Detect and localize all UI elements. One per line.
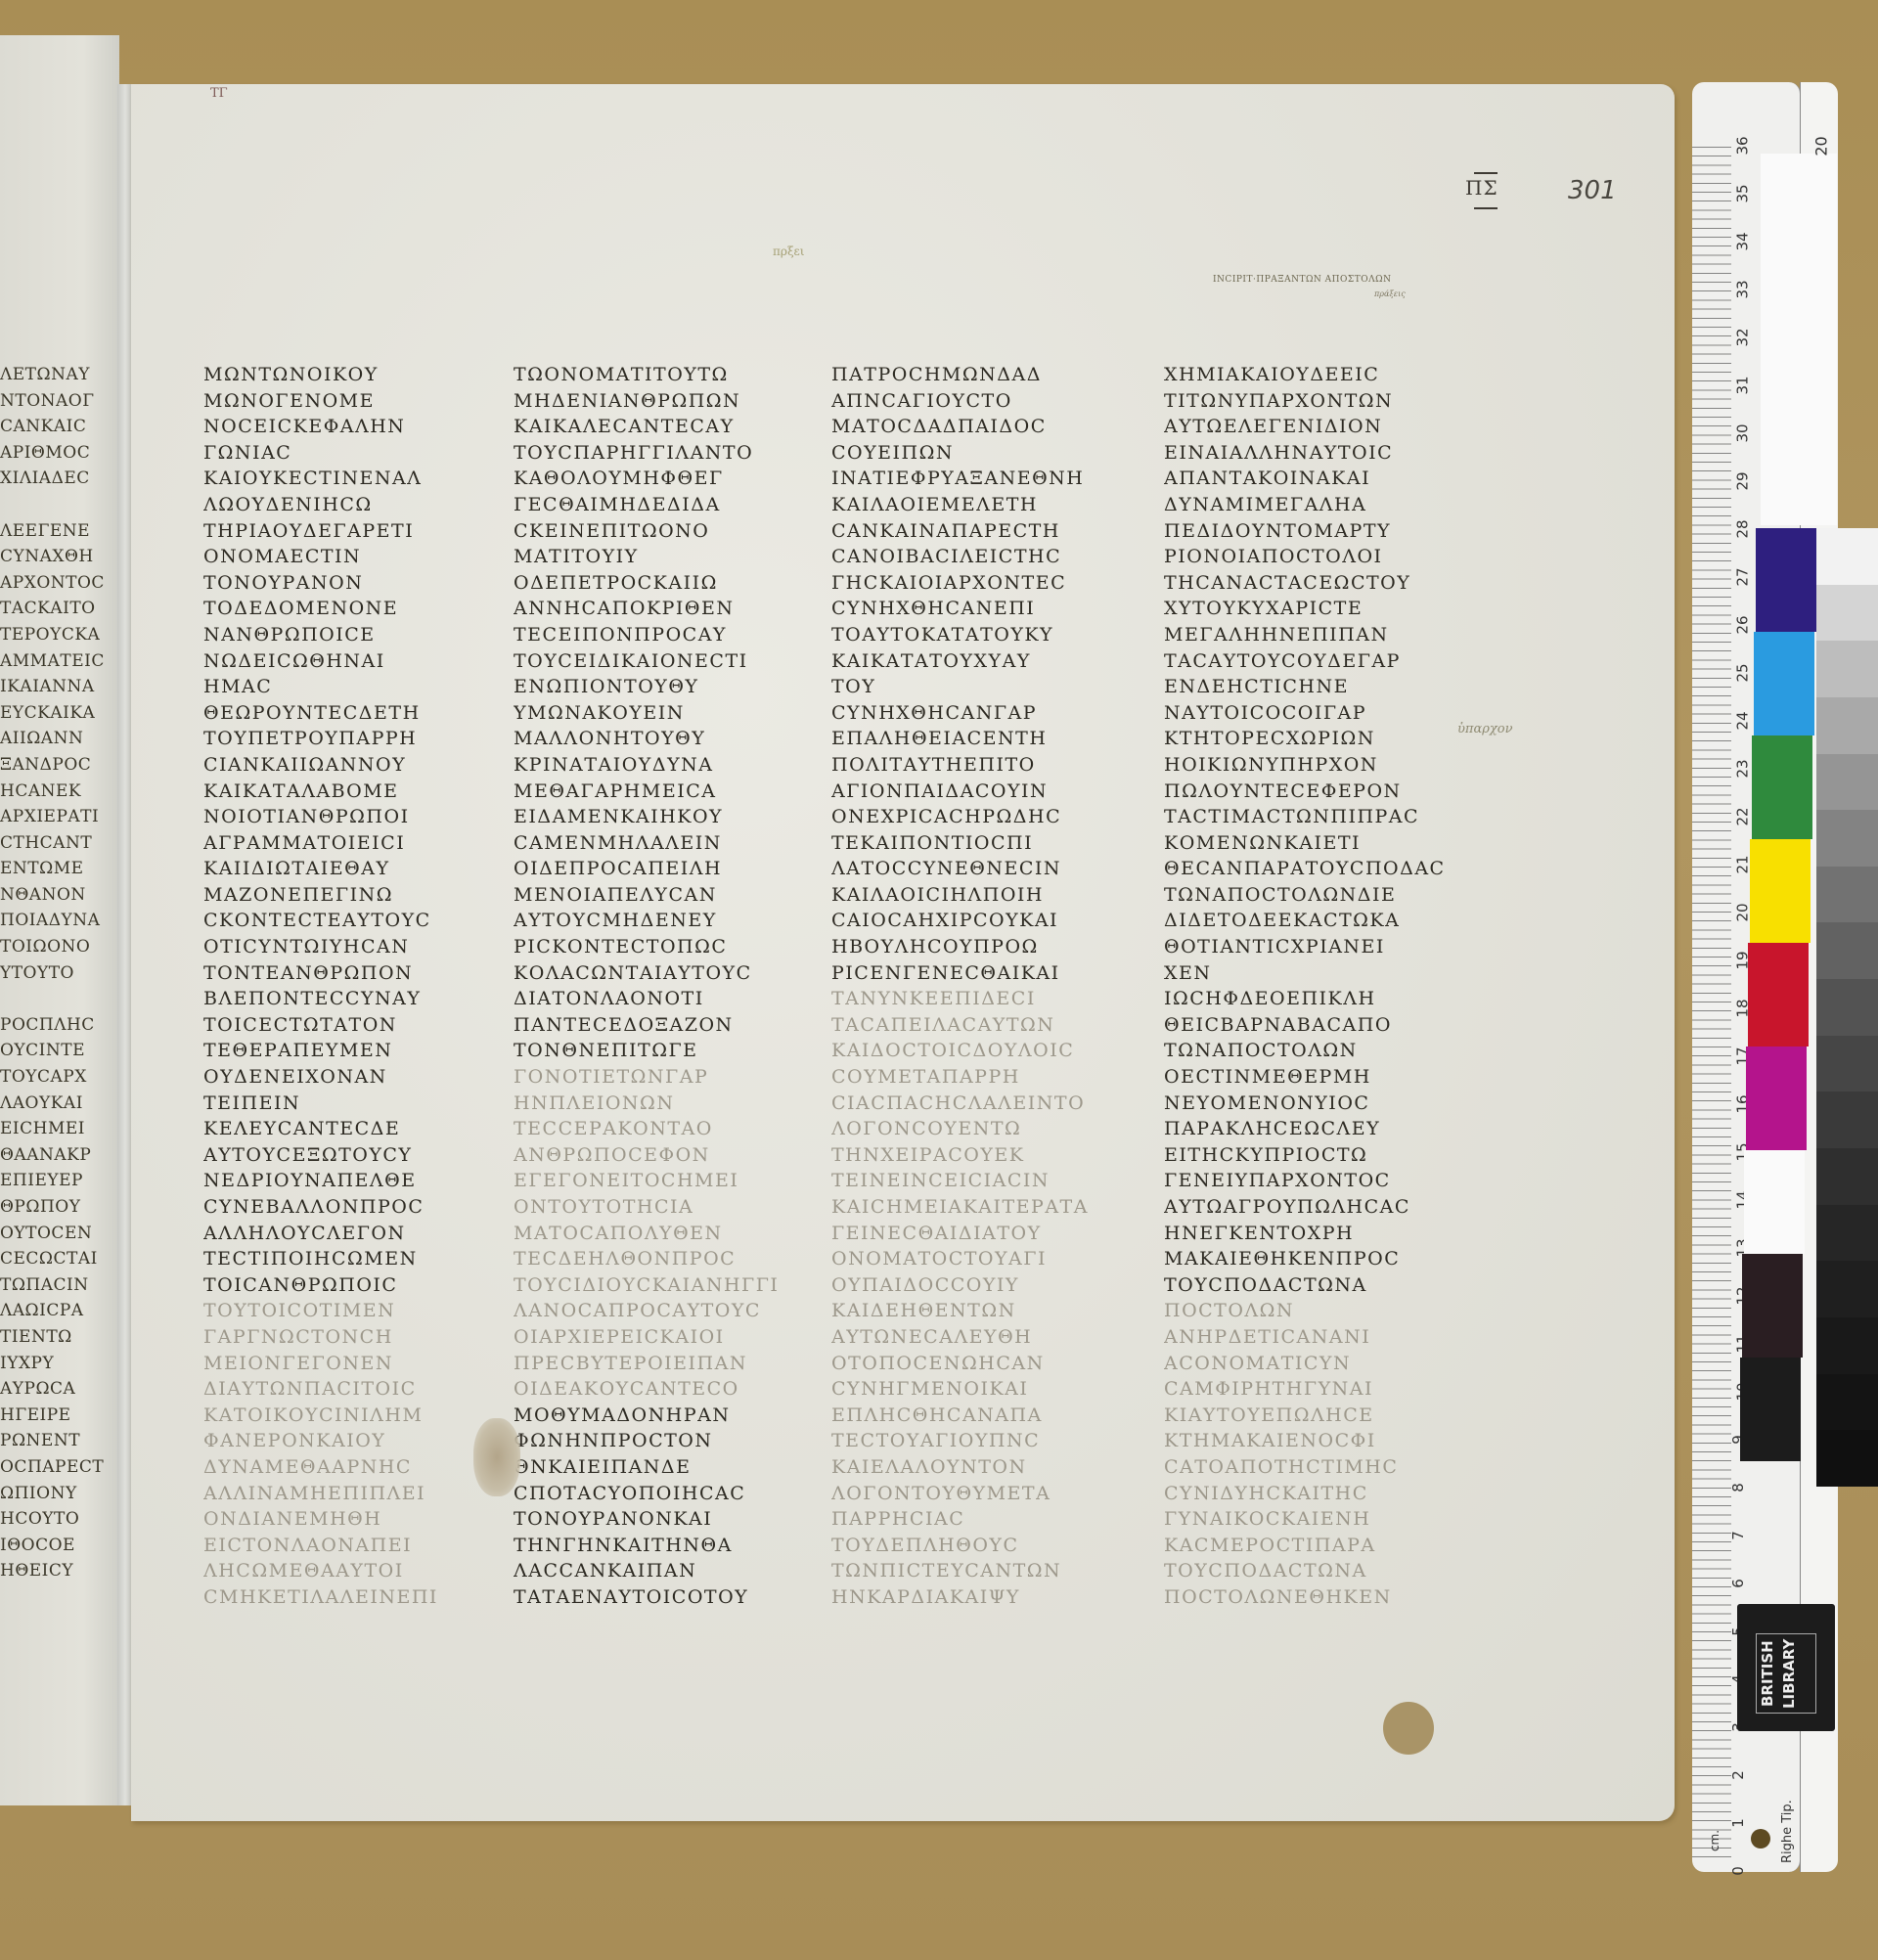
text-line: ΤΟΑΥΤΟΚΑΤΑΤΟΥΚΥ [831,622,1115,648]
text-line: ΚΙΑΥΤΟΥΕΠΩΛΗϹΕ [1164,1403,1448,1429]
text-line: ΠΑΡΑΚΛΗϹΕΩϹΛΕΥ [1164,1116,1448,1142]
text-line: ΤΟΥΠΕΤΡΟΥΠΑΡΡΗ [203,726,487,752]
text-line: ϹΕϹΩϹΤΑΙ [0,1246,108,1272]
text-line: ΗΜΑϹ [203,674,487,700]
text-line: ΑΡΧΙΕΡΑΤΙ [0,804,108,830]
signature-bar-bottom [1474,207,1498,209]
text-line: ΟΝΟΜΑΤΟϹΤΟΥΑΓΙ [831,1246,1115,1272]
text-line: ΝΑΝΘΡΩΠΟΙϹΕ [203,622,487,648]
secondary-scale-top: 20 [1812,136,1831,156]
ruler-unit-label: cm. [1708,1830,1721,1851]
text-line: ΤΟΥϹΠΟΔΑϹΤΩΝΑ [1164,1558,1448,1584]
text-line: ΗΘΕΙϹΥ [0,1558,108,1584]
text-line: ΚΡΙΝΑΤΑΙΟΥΔΥΝΑ [514,752,797,779]
text-line: ϹΠΟΤΑϹΥΟΠΟΙΗϹΑϹ [514,1481,797,1507]
text-line: ΘΝΚΑΙΕΙΠΑΝΔΕ [514,1454,797,1481]
text-line: ΓΗϹΚΑΙΟΙΑΡΧΟΝΤΕϹ [831,570,1115,597]
text-line: ΕΙΤΗϹΚΥΠΡΙΟϹΤΩ [1164,1142,1448,1169]
text-line: ΚΑΙΚΑΛΕϹΑΝΤΕϹΑΥ [514,414,797,440]
text-line: ΑΛΛΙΝΑΜΗΕΠΙΠΛΕΙ [203,1481,487,1507]
text-line: ΜΑΤΟϹΔΑΔΠΑΙΔΟϹ [831,414,1115,440]
ruler-cm-label: 2 [1729,1770,1747,1780]
text-line: ΠΟΛΙΤΑΥΤΗΕΠΙΤΟ [831,752,1115,779]
text-line: ΚΑΤΟΙΚΟΥϹΙΝΙΛΗΜ [203,1403,487,1429]
grayscale-step [1816,867,1878,923]
text-line: ΚΑΘΟΛΟΥΜΗΦΘΕΓ [514,466,797,492]
text-line: ΤΕΡΟΥϹΚΑ [0,622,108,648]
grayscale-step [1816,1091,1878,1148]
text-column-2: ΤΩΟΝΟΜΑΤΙΤΟΥΤΩΜΗΔΕΝΙΑΝΘΡΩΠΩΝΚΑΙΚΑΛΕϹΑΝΤΕ… [514,362,797,1611]
grayscale-step [1816,1374,1878,1431]
text-line: ΤΗΝΧΕΙΡΑϹΟΥΕΚ [831,1142,1115,1169]
swatch-yellow [1750,839,1811,943]
text-line: ΤΟΥϹΑΡΧ [0,1064,108,1091]
text-line [0,986,108,1012]
text-line: ΦΑΝΕΡΟΝΚΑΙΟΥ [203,1428,487,1454]
text-line: ΤΟΙϹΕϹΤΩΤΑΤΟΝ [203,1012,487,1039]
text-line: ΤΕϹϹΕΡΑΚΟΝΤΑΟ [514,1116,797,1142]
ruler-hole [1751,1829,1770,1849]
grayscale-step [1816,641,1878,697]
text-line: ΑΝΘΡΩΠΟϹΕΦΟΝ [514,1142,797,1169]
text-line: ϹΙΑΝΚΑΙΙΩΑΝΝΟΥ [203,752,487,779]
left-page-text-fragment: ΛΕΤΩΝΑΥΝΤΟΝΑΟΓϹΑΝΚΑΙϹΑΡΙΘΜΟϹΧΙΛΙΑΔΕϹΛΕΕΓ… [0,362,108,1584]
text-line: ΘΕΙϹΒΑΡΝΑΒΑϹΑΠΟ [1164,1012,1448,1039]
text-line: ΑΥΤΟΥϹΕΞΩΤΟΥϹΥ [203,1142,487,1169]
text-line: ΑΥΤΩΝΕϹΑΛΕΥΘΗ [831,1324,1115,1351]
text-line: ϹΑΤΟΑΠΟΤΗϹΤΙΜΗϹ [1164,1454,1448,1481]
text-line: ΤΩΟΝΟΜΑΤΙΤΟΥΤΩ [514,362,797,388]
text-line: ΤΑϹΑΥΤΟΥϹΟΥΔΕΓΑΡ [1164,648,1448,675]
folio-number: 301 [1568,176,1617,205]
text-line: ΚΑΙΛΑΟΙϹΙΗΛΠΟΙΗ [831,882,1115,909]
text-line: ΡΙϹΚΟΝΤΕϹΤΟΠΩϹ [514,934,797,960]
text-line: ΓΩΝΙΑϹ [203,440,487,467]
top-left-mark: ΤΓ [210,86,228,101]
text-line: ΕΝΔΕΗϹΤΙϹΗΝΕ [1164,674,1448,700]
text-line: ΤΙΤΩΝΥΠΑΡΧΟΝΤΩΝ [1164,388,1448,415]
text-line: ΗΓΕΙΡΕ [0,1403,108,1429]
text-line: ΥΤΟΥΤΟ [0,960,108,987]
text-line: ΘΟΤΙΑΝΤΙϹΧΡΙΑΝΕΙ [1164,934,1448,960]
text-line: ΗΝΠΛΕΙΟΝΩΝ [514,1091,797,1117]
ruler-cm-label: 31 [1734,376,1752,394]
margin-note: ὑπαρχον [1457,722,1512,736]
text-line: ΟΝΕΧΡΙϹΑϹΗΡΩΔΗϹ [831,804,1115,830]
text-line: ΤΟΥϹΕΙΔΙΚΑΙΟΝΕϹΤΙ [514,648,797,675]
text-line: ΑΥΡΩϹΑ [0,1376,108,1403]
text-line: ΤΕΙΠΕΙΝ [203,1091,487,1117]
text-line: ΤΕΚΑΙΠΟΝΤΙΟϹΠΙ [831,830,1115,857]
swatch-red [1748,943,1809,1047]
ruler-cm-label: 21 [1734,855,1752,873]
text-line: ΛΕΤΩΝΑΥ [0,362,108,388]
text-line: ΤΩΝΠΙϹΤΕΥϹΑΝΤΩΝ [831,1558,1115,1584]
ruler-cm-label: 28 [1734,519,1752,538]
text-line: ΑΜΜΑΤΕΙϹ [0,648,108,675]
text-line: ΕΥϹΚΑΙΚΑ [0,700,108,727]
text-line: ΚΑΙΕΛΑΛΟΥΝΤΟΝ [831,1454,1115,1481]
text-line: ΤΟΥϹΠΟΔΑϹΤΩΝΑ [1164,1272,1448,1299]
text-line: ΕΝΤΩΜΕ [0,856,108,882]
text-line: ϹΟΥΜΕΤΑΠΑΡΡΗ [831,1064,1115,1091]
swatch-blue [1756,528,1816,632]
text-line: ΑΡΙΘΜΟϹ [0,440,108,467]
text-line: ΗΝΕΓΚΕΝΤΟΧΡΗ [1164,1221,1448,1247]
text-line: ΟΥΤΟϹΕΝ [0,1221,108,1247]
text-line: ΜΗΔΕΝΙΑΝΘΡΩΠΩΝ [514,388,797,415]
text-line: ΤΟΥ [831,674,1115,700]
text-line: ΜΑΤΟϹΑΠΟΛΥΘΕΝ [514,1221,797,1247]
text-line: ϹΑΝΚΑΙΝΑΠΑΡΕϹΤΗ [831,518,1115,545]
text-line: ΕΠΑΛΗΘΕΙΑϹΕΝΤΗ [831,726,1115,752]
text-line: ΚΤΗΜΑΚΑΙΕΝΟϹΦΙ [1164,1428,1448,1454]
text-line: ΡΩΝΕΝΤ [0,1428,108,1454]
text-line: ϹΥΝΙΔΥΗϹΚΑΙΤΗϹ [1164,1481,1448,1507]
text-line: ΜΕΙΟΝΓΕΓΟΝΕΝ [203,1351,487,1377]
text-line: ΘΕϹΑΝΠΑΡΑΤΟΥϹΠΟΔΑϹ [1164,856,1448,882]
text-line: ϹΑΜΦΙΡΗΤΗΓΥΝΑΙ [1164,1376,1448,1403]
text-line: ΙΝΑΤΙΕΦΡΥΑΞΑΝΕΘΝΗ [831,466,1115,492]
text-line: ΟΙΔΕΑΚΟΥϹΑΝΤΕϹΟ [514,1376,797,1403]
text-line: ΤΟΥϹΠΑΡΗΓΓΙΛΑΝΤΟ [514,440,797,467]
text-line: ΘΕΩΡΟΥΝΤΕϹΔΕΤΗ [203,700,487,727]
text-line: ΟΥΔΕΝΕΙΧΟΝΑΝ [203,1064,487,1091]
text-line: ΘΑΑΝΑΚΡ [0,1142,108,1169]
ruler-cm-label: 35 [1734,184,1752,202]
grayscale-step [1816,528,1878,585]
text-line: ΤΟΝΟΥΡΑΝΟΝΚΑΙ [514,1506,797,1533]
text-line: ΤΟΝΟΥΡΑΝΟΝ [203,570,487,597]
text-line: ΤΕϹΤΟΥΑΓΙΟΥΠΝϹ [831,1428,1115,1454]
text-line: ϹΜΗΚΕΤΙΛΑΛΕΙΝΕΠΙ [203,1584,487,1611]
text-line: ΤΕϹΤΙΠΟΙΗϹΩΜΕΝ [203,1246,487,1272]
text-line: ΤΕϹΕΙΠΟΝΠΡΟϹΑΥ [514,622,797,648]
running-subtitle: πράξεις [1374,290,1406,298]
running-head-mark: πρξει [773,245,804,258]
institution-label-text: BRITISHLIBRARY [1756,1633,1816,1714]
grayscale-step [1816,1036,1878,1092]
text-line: ϹΙΑϹΠΑϹΗϹΛΑΛΕΙΝΤΟ [831,1091,1115,1117]
text-line: ΤΟΥϹΙΔΙΟΥϹΚΑΙΑΝΗΓΓΙ [514,1272,797,1299]
text-line: ΛΟΓΟΝϹΟΥΕΝΤΩ [831,1116,1115,1142]
ruler-white-strip [1761,154,1837,525]
grayscale-step [1816,1261,1878,1317]
text-line: ϹΑΜΕΝΜΗΛΑΛΕΙΝ [514,830,797,857]
text-line: ΙΘΟϹΟΕ [0,1533,108,1559]
text-line: ΜΕΓΑΛΗΗΝΕΠΙΠΑΝ [1164,622,1448,648]
text-line: ΟΔΕΠΕΤΡΟϹΚΑΙΙΩ [514,570,797,597]
text-line: ΔΥΝΑΜΙΜΕΓΑΛΗΑ [1164,492,1448,518]
text-line: ΜΕΘΑΓΑΡΗΜΕΙϹΑ [514,779,797,805]
ruler-cm-label: 7 [1729,1531,1747,1540]
swatch-white [1744,1150,1805,1254]
text-line: ΟΝΔΙΑΝΕΜΗΘΗ [203,1506,487,1533]
grayscale-step [1816,697,1878,754]
text-line: ΚΟΛΑϹΩΝΤΑΙΑΥΤΟΥϹ [514,960,797,987]
grayscale-step [1816,810,1878,867]
text-line: ΤΕϹΔΕΗΛΘΟΝΠΡΟϹ [514,1246,797,1272]
text-line: ΤΗϹΑΝΑϹΤΑϹΕΩϹΤΟΥ [1164,570,1448,597]
grayscale-step [1816,754,1878,811]
text-line: ΤΟΥΤΟΙϹΟΤΙΜΕΝ [203,1298,487,1324]
text-line: ΕΠΛΗϹΘΗϹΑΝΑΠΑ [831,1403,1115,1429]
text-line: ΓΑΡΓΝΩϹΤΟΝϹΗ [203,1324,487,1351]
text-line: ΓΟΝΟΤΙΕΤΩΝΓΑΡ [514,1064,797,1091]
text-line [0,492,108,518]
text-line: ΜΕΝΟΙΑΠΕΛΥϹΑΝ [514,882,797,909]
ruler-cm-label: 26 [1734,615,1752,634]
ruler-cm-label: 1 [1729,1818,1747,1828]
text-line: ΞΑΝΔΡΟϹ [0,752,108,779]
text-line: ΜΩΝΟΓΕΝΟΜΕ [203,388,487,415]
text-line: ΗΝΚΑΡΔΙΑΚΑΙΨΥ [831,1584,1115,1611]
text-line: ΧΥΤΟΥΚΥΧΑΡΙϹΤΕ [1164,596,1448,622]
swatch-dark-brown [1742,1254,1803,1358]
grayscale-step [1816,1317,1878,1374]
text-line: ΤΟΝΘΝΕΠΙΤΩΓΕ [514,1038,797,1064]
text-line: ΓΕϹΘΑΙΜΗΔΕΔΙΔΑ [514,492,797,518]
text-line: ΚΕΛΕΥϹΑΝΤΕϹΔΕ [203,1116,487,1142]
text-line: ϹΚΟΝΤΕϹΤΕΑΥΤΟΥϹ [203,908,487,934]
text-line: ϹΥΝΕΒΑΛΛΟΝΠΡΟϹ [203,1194,487,1221]
text-line: ΕΙΔΑΜΕΝΚΑΙΗΚΟΥ [514,804,797,830]
text-line: ΝΕΥΟΜΕΝΟΝΥΙΟϹ [1164,1091,1448,1117]
text-line: ΛΑΟΥΚΑΙ [0,1091,108,1117]
text-line: ΓΕΙΝΕϹΘΑΙΔΙΑΤΟΥ [831,1221,1115,1247]
ruler-cm-label: 36 [1734,136,1752,155]
text-line: ΔΙΔΕΤΟΔΕΕΚΑϹΤΩΚΑ [1164,908,1448,934]
text-column-3: ΠΑΤΡΟϹΗΜΩΝΔΑΔΑΠΝϹΑΓΙΟΥϹΤΟΜΑΤΟϹΔΑΔΠΑΙΔΟϹϹ… [831,362,1115,1611]
text-line: ΕΠΙΕΥΕΡ [0,1168,108,1194]
text-line: ΑΠΝϹΑΓΙΟΥϹΤΟ [831,388,1115,415]
text-line: ΚΑΙΔΟϹΤΟΙϹΔΟΥΛΟΙϹ [831,1038,1115,1064]
text-line: ΝΑΥΤΟΙϹΟϹΟΙΓΑΡ [1164,700,1448,727]
ruler-cm-label: 24 [1734,711,1752,730]
text-line: ΚΑΙΚΑΤΑΛΑΒΟΜΕ [203,779,487,805]
text-line: ΤΑΝΥΝΚΕΕΠΙΔΕϹΙ [831,986,1115,1012]
text-line: ΟΤΙϹΥΝΤΩΙΥΗϹΑΝ [203,934,487,960]
text-line: ΔΥΝΑΜΕΘΑΑΡΝΗϹ [203,1454,487,1481]
text-line: ΑΥΤΩΕΛΕΓΕΝΙΔΙΟΝ [1164,414,1448,440]
text-line: ΒΛΕΠΟΝΤΕϹϹΥΝΑΥ [203,986,487,1012]
text-line: ΤΩΝΑΠΟϹΤΟΛΩΝ [1164,1038,1448,1064]
ruler-cm-label: 29 [1734,471,1752,490]
grayscale-step [1816,1430,1878,1487]
text-line: ΤΩΝΑΠΟϹΤΟΛΩΝΔΙΕ [1164,882,1448,909]
text-line: ΛΟΓΟΝΤΟΥΘΥΜΕΤΑ [831,1481,1115,1507]
text-line: ΤΙΕΝΤΩ [0,1324,108,1351]
text-line: ΧΗΜΙΑΚΑΙΟΥΔΕΕΙϹ [1164,362,1448,388]
text-line: ϹΟΥΕΙΠΩΝ [831,440,1115,467]
text-line: ΗΟΙΚΙΩΝΥΠΗΡΧΟΝ [1164,752,1448,779]
text-line: ΜΑΖΟΝΕΠΕΓΙΝΩ [203,882,487,909]
text-line: ΗϹΑΝΕΚ [0,779,108,805]
ruler-cm-label: 25 [1734,663,1752,682]
text-line: ΑΝΗΡΔΕΤΙϹΑΝΑΝΙ [1164,1324,1448,1351]
text-line: ϹΚΕΙΝΕΠΙΤΩΟΝΟ [514,518,797,545]
text-line: ΟΝΤΟΥΤΟΤΗϹΙΑ [514,1194,797,1221]
ruler-cm-label: 33 [1734,280,1752,298]
text-line: ΛΑϹϹΑΝΚΑΙΠΑΝ [514,1558,797,1584]
text-line: ΤΑΤΑΕΝΑΥΤΟΙϹΟΤΟΥ [514,1584,797,1611]
text-line: ΧΕΝ [1164,960,1448,987]
text-line: ΚΑΙΟΥΚΕϹΤΙΝΕΝΑΛ [203,466,487,492]
text-line: ΑΝΝΗϹΑΠΟΚΡΙΘΕΝ [514,596,797,622]
text-line: ΙΥΧΡΥ [0,1351,108,1377]
text-line: ΛΑΩΙϹΡΑ [0,1298,108,1324]
text-line: ΜΑΤΙΤΟΥΙΥ [514,544,797,570]
text-line: ΚΑϹΜΕΡΟϹΤΙΠΑΡΑ [1164,1533,1448,1559]
ruler-cm-label: 23 [1734,759,1752,778]
text-line: ΤΕΙΝΕΙΝϹΕΙϹΙΑϹΙΝ [831,1168,1115,1194]
text-line: ΚΤΗΤΟΡΕϹΧΩΡΙΩΝ [1164,726,1448,752]
text-line: ΟΙΔΕΠΡΟϹΑΠΕΙΛΗ [514,856,797,882]
text-line: ΓΕΝΕΙΥΠΑΡΧΟΝΤΟϹ [1164,1168,1448,1194]
grayscale-step [1816,922,1878,979]
text-line: ΤΕΘΕΡΑΠΕΥΜΕΝ [203,1038,487,1064]
ruler-cm-label: 30 [1734,423,1752,442]
text-line: ΤΗΡΙΑΟΥΔΕΓΑΡΕΤΙ [203,518,487,545]
swatch-magenta [1746,1047,1807,1150]
grayscale-step [1816,1205,1878,1262]
text-line: ΕΙϹΗΜΕΙ [0,1116,108,1142]
text-line: ΟΥΠΑΙΔΟϹϹΟΥΙΥ [831,1272,1115,1299]
text-line: ϹΑΝΟΙΒΑϹΙΛΕΙϹΤΗϹ [831,544,1115,570]
text-line: ΤΟΙΩΟΝΟ [0,934,108,960]
text-line: ΛΕΕΓΕΝΕ [0,518,108,545]
text-line: ΟΥϹΙΝΤΕ [0,1038,108,1064]
text-line: ΜΑΛΛΟΝΗΤΟΥΘΥ [514,726,797,752]
ruler-cm-label: 8 [1729,1483,1747,1492]
text-line: ΑΛΛΗΛΟΥϹΛΕΓΟΝ [203,1221,487,1247]
text-line: ΔΙΑΤΟΝΛΑΟΝΟΤΙ [514,986,797,1012]
ruler-cm-label: 32 [1734,328,1752,346]
text-line: ΟϹΠΑΡΕϹΤ [0,1454,108,1481]
text-line: ΚΑΙϹΗΜΕΙΑΚΑΙΤΕΡΑΤΑ [831,1194,1115,1221]
text-line: ΜΩΝΤΩΝΟΙΚΟΥ [203,362,487,388]
text-line: ΠΑΤΡΟϹΗΜΩΝΔΑΔ [831,362,1115,388]
text-line: ϹΤΗϹΑΝΤ [0,830,108,857]
ink-stain [473,1418,520,1496]
ruler-cm-label: 20 [1734,903,1752,921]
text-line: ΗϹΟΥΤΟ [0,1506,108,1533]
text-line: ΑΠΑΝΤΑΚΟΙΝΑΚΑΙ [1164,466,1448,492]
text-line: ΤΗΝΓΗΝΚΑΙΤΗΝΘΑ [514,1533,797,1559]
secondary-scale-label: Righe Tip. [1780,1800,1795,1863]
text-line: ΥΜΩΝΑΚΟΥΕΙΝ [514,700,797,727]
text-line: ΑΙΙΩΑΝΝ [0,726,108,752]
text-line: ΠΑΝΤΕϹΕΔΟΞΑΖΟΝ [514,1012,797,1039]
text-line: ΚΑΙΙΔΙΩΤΑΙΕΘΑΥ [203,856,487,882]
text-line: ΚΑΙΛΑΟΙΕΜΕΛΕΤΗ [831,492,1115,518]
text-line: ΤΟΥΔΕΠΛΗΘΟΥϹ [831,1533,1115,1559]
text-line: ΩΠΙΟΝΥ [0,1481,108,1507]
text-line: ΑΓΡΑΜΜΑΤΟΙΕΙϹΙ [203,830,487,857]
text-line: ΕΙΝΑΙΑΛΛΗΝΑΥΤΟΙϹ [1164,440,1448,467]
ruler-cm-label: 34 [1734,232,1752,250]
text-line: ϹΑΝΚΑΙϹ [0,414,108,440]
text-line: ΝΟϹΕΙϹΚΕΦΑΛΗΝ [203,414,487,440]
text-line: ΠΕΔΙΔΟΥΝΤΟΜΑΡΤΥ [1164,518,1448,545]
text-line: ΚΑΙΚΑΤΑΤΟΥΧΥΑΥ [831,648,1115,675]
text-line: ΤΟΔΕΔΟΜΕΝΟΝΕ [203,596,487,622]
text-line: ΤΑϹΑΠΕΙΛΑϹΑΥΤΩΝ [831,1012,1115,1039]
text-line: ΤΟΝΤΕΑΝΘΡΩΠΟΝ [203,960,487,987]
text-column-1: ΜΩΝΤΩΝΟΙΚΟΥΜΩΝΟΓΕΝΟΜΕΝΟϹΕΙϹΚΕΦΑΛΗΝΓΩΝΙΑϹ… [203,362,487,1611]
text-line: ΑΓΙΟΝΠΑΙΔΑϹΟΥΙΝ [831,779,1115,805]
text-line: ΝΩΔΕΙϹΩΘΗΝΑΙ [203,648,487,675]
text-line: ΧΙΛΙΑΔΕϹ [0,466,108,492]
text-line: ΟΕϹΤΙΝΜΕΘΕΡΜΗ [1164,1064,1448,1091]
text-line: ϹΥΝΑΧΘΗ [0,544,108,570]
text-line: ΔΙΑΥΤΩΝΠΑϹΙΤΟΙϹ [203,1376,487,1403]
text-line: ΚΑΙΔΕΗΘΕΝΤΩΝ [831,1298,1115,1324]
text-line: ΙΩϹΗΦΔΕΟΕΠΙΚΛΗ [1164,986,1448,1012]
text-line: ΛΑΝΟϹΑΠΡΟϹΑΥΤΟΥϹ [514,1298,797,1324]
text-line: ΤΩΠΑϹΙΝ [0,1272,108,1299]
text-line: ΕΝΩΠΙΟΝΤΟΥΘΥ [514,674,797,700]
text-line: ΟΙΑΡΧΙΕΡΕΙϹΚΑΙΟΙ [514,1324,797,1351]
swatch-cyan [1754,632,1814,735]
signature-bar-top [1474,172,1498,174]
text-line: ΑΡΧΟΝΤΟϹ [0,570,108,597]
text-line: ΚΟΜΕΝΩΝΚΑΙΕΤΙ [1164,830,1448,857]
text-line: ΡΙΟΝΟΙΑΠΟϹΤΟΛΟΙ [1164,544,1448,570]
grayscale-step [1816,979,1878,1036]
text-line: ΟΝΟΜΑΕϹΤΙΝ [203,544,487,570]
text-line: ΛΗϹΩΜΕΘΑΑΥΤΟΙ [203,1558,487,1584]
text-line: ΠΑΡΡΗϹΙΑϹ [831,1506,1115,1533]
text-line: ΡΟϹΠΛΗϹ [0,1012,108,1039]
text-line: ΕΙϹΤΟΝΛΑΟΝΑΠΕΙ [203,1533,487,1559]
quire-signature: ΠΣ [1465,176,1498,200]
text-line: ΤΑϹΤΙΜΑϹΤΩΝΠΙΠΡΑϹ [1164,804,1448,830]
text-line: ΟΤΟΠΟϹΕΝΩΗϹΑΝ [831,1351,1115,1377]
text-line: ΝΤΟΝΑΟΓ [0,388,108,415]
swatch-green [1752,735,1812,839]
text-line: ΛΩΟΥΔΕΝΙΗϹΩ [203,492,487,518]
text-line: ϹΑΙΟϹΑΗΧΙΡϹΟΥΚΑΙ [831,908,1115,934]
library-stamp [1383,1702,1434,1755]
text-line: ΛΑΤΟϹϹΥΝΕΘΝΕϹΙΝ [831,856,1115,882]
text-line: ΝΟΙΟΤΙΑΝΘΡΩΠΟΙ [203,804,487,830]
ruler-cm-label: 27 [1734,567,1752,586]
text-line: ΜΑΚΑΙΕΘΗΚΕΝΠΡΟϹ [1164,1246,1448,1272]
grayscale-calibration-strip [1816,528,1878,1487]
text-line: ΗΒΟΥΛΗϹΟΥΠΡΟΩ [831,934,1115,960]
ruler-cm-label: 6 [1729,1579,1747,1588]
text-line: ϹΥΝΗΧΘΗϹΑΝΕΠΙ [831,596,1115,622]
text-line: ΜΟΘΥΜΑΔΟΝΗΡΑΝ [514,1403,797,1429]
text-line: ΙΚΑΙΑΝΝΑ [0,674,108,700]
text-line: ΘΡΩΠΟΥ [0,1194,108,1221]
ruler-cm-label: 0 [1729,1866,1747,1876]
text-line: ϹΥΝΗΧΘΗϹΑΝΓΑΡ [831,700,1115,727]
grayscale-step [1816,585,1878,642]
text-column-4: ΧΗΜΙΑΚΑΙΟΥΔΕΕΙϹΤΙΤΩΝΥΠΑΡΧΟΝΤΩΝΑΥΤΩΕΛΕΓΕΝ… [1164,362,1448,1611]
swatch-black [1740,1358,1801,1461]
text-line: ΠΟϹΤΟΛΩΝ [1164,1298,1448,1324]
text-line: ΑϹΟΝΟΜΑΤΙϹΥΝ [1164,1351,1448,1377]
text-line: ΠΡΕϹΒΥΤΕΡΟΙΕΙΠΑΝ [514,1351,797,1377]
text-line: ΑΥΤΟΥϹΜΗΔΕΝΕΥ [514,908,797,934]
text-line: ΝΕΔΡΙΟΥΝΑΠΕΛΘΕ [203,1168,487,1194]
text-line: ΤΟΙϹΑΝΘΡΩΠΟΙϹ [203,1272,487,1299]
text-line: ΡΙϹΕΝΓΕΝΕϹΘΑΙΚΑΙ [831,960,1115,987]
text-line: ΠΩΛΟΥΝΤΕϹΕΦΕΡΟΝ [1164,779,1448,805]
grayscale-step [1816,1148,1878,1205]
